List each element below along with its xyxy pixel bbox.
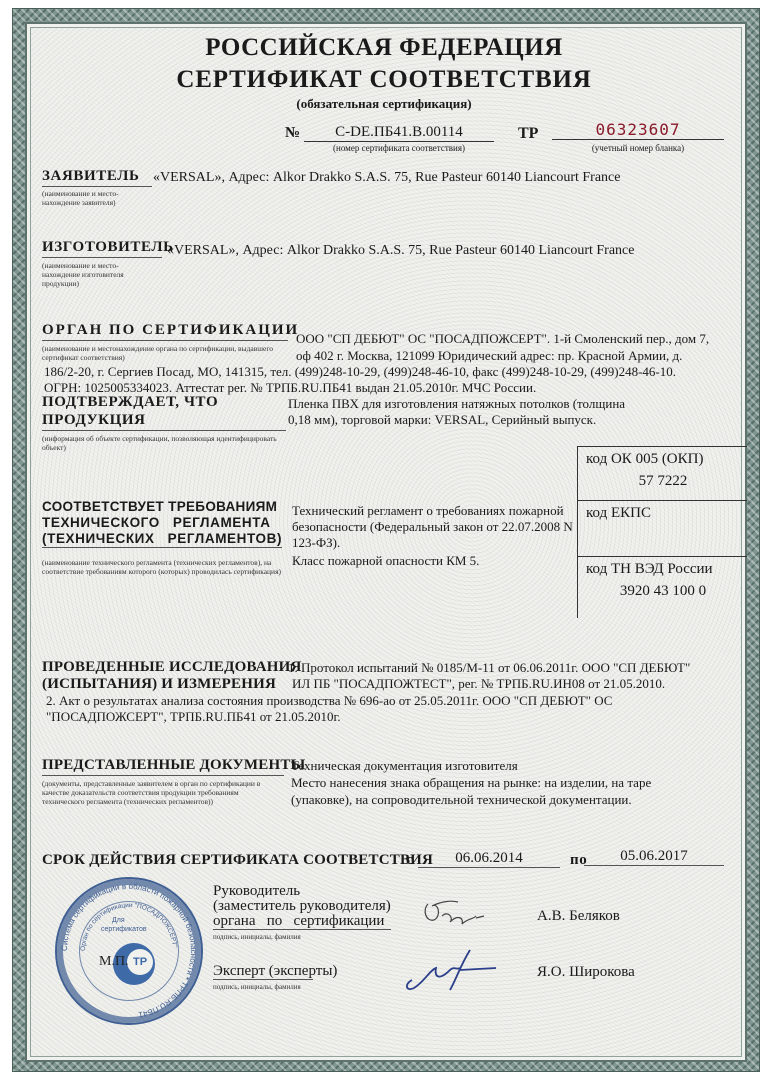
document-subtitle: (обязательная сертификация) bbox=[0, 96, 768, 112]
head-line-2: (заместитель руководителя) bbox=[213, 899, 391, 914]
regulation-line-2: безопасности (Федеральный закон от 22.07… bbox=[292, 519, 573, 535]
documents-line-3: (упаковке), на сопроводительной техничес… bbox=[291, 792, 632, 808]
regulation-line-3: 123-ФЗ). bbox=[292, 535, 340, 551]
tp-label: ТР bbox=[518, 125, 538, 143]
manufacturer-value: «VERSAL», Адрес: Alkor Drakko S.A.S. 75,… bbox=[167, 243, 634, 259]
expert-label: Эксперт (эксперты) bbox=[213, 964, 313, 980]
research-line-2: ИЛ ПБ "ПОСАДПОЖТЕСТ", рег. № ТРПБ.RU.ИН0… bbox=[292, 676, 665, 692]
applicant-caption: (наименование и место-нахождение заявите… bbox=[42, 189, 152, 207]
document-title: СЕРТИФИКАТ СООТВЕТСТВИЯ bbox=[0, 66, 768, 94]
head-line-1: Руководитель bbox=[213, 884, 300, 899]
head-line-3: органа по сертификации bbox=[213, 914, 391, 930]
product-caption: (информация об объекте сертификации, поз… bbox=[42, 434, 282, 452]
product-label-line-2: ПРОДУКЦИЯ bbox=[42, 412, 286, 431]
product-label-line-1: ПОДТВЕРЖДАЕТ, ЧТО bbox=[42, 394, 218, 411]
stamp-ring-text: Система сертификации в области пожарной … bbox=[55, 877, 203, 1025]
code-box-okp: код ОК 005 (ОКП) 57 7222 bbox=[577, 446, 747, 508]
certification-body-label: ОРГАН ПО СЕРТИФИКАЦИИ bbox=[42, 322, 288, 341]
regulation-label-line-3: (ТЕХНИЧЕСКИХ РЕГЛАМЕНТОВ) bbox=[42, 531, 282, 548]
code-box-tnved: код ТН ВЭД России 3920 43 100 0 bbox=[577, 556, 747, 618]
certification-body-line-1: ООО "СП ДЕБЮТ" ОС "ПОСАДПОЖСЕРТ". 1-й См… bbox=[296, 331, 709, 347]
regulation-caption: (наименование технического регламента (т… bbox=[42, 558, 287, 576]
documents-line-1: Техническая документация изготовителя bbox=[291, 758, 518, 774]
regulation-label-line-1: СООТВЕТСТВУЕТ ТРЕБОВАНИЯМ bbox=[42, 499, 277, 514]
regulation-label-line-2: ТЕХНИЧЕСКОГО РЕГЛАМЕНТА bbox=[42, 515, 271, 530]
applicant-label: ЗАЯВИТЕЛЬ bbox=[42, 168, 152, 187]
manufacturer-caption: (наименование и место-нахождение изготов… bbox=[42, 261, 152, 288]
code-okp-value: 57 7222 bbox=[578, 473, 748, 490]
validity-from-date: 06.06.2014 bbox=[418, 850, 560, 868]
regulation-line-1: Технический регламент о требованиях пожа… bbox=[292, 503, 564, 519]
research-label-line-2: (ИСПЫТАНИЯ) И ИЗМЕРЕНИЯ bbox=[42, 676, 276, 693]
product-line-2: 0,18 мм), торговой марки: VERSAL, Серийн… bbox=[288, 412, 596, 428]
documents-caption: (документы, представленные заявителем в … bbox=[42, 779, 282, 806]
blank-number: 06323607 bbox=[552, 120, 724, 140]
research-line-4: "ПОСАДПОЖСЕРТ", ТРПБ.RU.ПБ41 от 21.05.20… bbox=[46, 709, 341, 725]
certificate-number: C-DE.ПБ41.В.00114 bbox=[304, 124, 494, 142]
head-name: А.В. Беляков bbox=[537, 908, 620, 925]
certification-body-line-2: оф 402 г. Москва, 121099 Юридический адр… bbox=[296, 348, 682, 364]
blank-number-caption: (учетный номер бланка) bbox=[552, 143, 724, 153]
manufacturer-label: ИЗГОТОВИТЕЛЬ bbox=[42, 239, 162, 258]
code-tnved-value: 3920 43 100 0 bbox=[578, 583, 748, 600]
research-line-1: 1. Протокол испытаний № 0185/М-11 от 06.… bbox=[288, 660, 690, 676]
head-signature-icon bbox=[420, 896, 500, 936]
code-box-ekps: код ЕКПС bbox=[577, 500, 747, 556]
research-line-3: 2. Акт о результатах анализа состояния п… bbox=[46, 693, 612, 709]
validity-label: СРОК ДЕЙСТВИЯ СЕРТИФИКАТА СООТВЕТСТВИЯ bbox=[42, 852, 433, 869]
validity-from-label: с bbox=[406, 852, 413, 869]
head-caption: подпись, инициалы, фамилия bbox=[213, 933, 301, 941]
documents-label: ПРЕДСТАВЛЕННЫЕ ДОКУМЕНТЫ bbox=[42, 757, 284, 776]
expert-caption: подпись, инициалы, фамилия bbox=[213, 983, 301, 991]
country-heading: РОССИЙСКАЯ ФЕДЕРАЦИЯ bbox=[0, 34, 768, 62]
regulation-line-4: Класс пожарной опасности КМ 5. bbox=[292, 553, 479, 569]
certification-body-caption: (наименование и местонахождение органа п… bbox=[42, 344, 287, 362]
certification-body-line-3: 186/2-20, г. Сергиев Посад, МО, 141315, … bbox=[44, 364, 676, 380]
validity-to-date: 05.06.2017 bbox=[584, 848, 724, 866]
research-label-line-1: ПРОВЕДЕННЫЕ ИССЛЕДОВАНИЯ bbox=[42, 659, 302, 676]
code-ekps-title: код ЕКПС bbox=[586, 505, 651, 522]
code-tnved-title: код ТН ВЭД России bbox=[586, 561, 713, 578]
certificate-number-caption: (номер сертификата соответствия) bbox=[304, 143, 494, 153]
number-sign: № bbox=[285, 125, 300, 142]
product-line-1: Пленка ПВХ для изготовления натяжных пот… bbox=[288, 396, 625, 412]
code-okp-title: код ОК 005 (ОКП) bbox=[586, 451, 703, 468]
svg-text:Орган по сертификации "ПОСАДПО: Орган по сертификации "ПОСАДПОЖСЕРТ" bbox=[80, 902, 178, 951]
official-stamp: Для сертификатов ТР М.П. Система сертифи… bbox=[55, 877, 203, 1025]
expert-name: Я.О. Широкова bbox=[537, 964, 635, 981]
documents-line-2: Место нанесения знака обращения на рынке… bbox=[291, 775, 651, 791]
applicant-value: «VERSAL», Адрес: Alkor Drakko S.A.S. 75,… bbox=[153, 170, 620, 186]
expert-signature-icon bbox=[400, 940, 510, 1000]
